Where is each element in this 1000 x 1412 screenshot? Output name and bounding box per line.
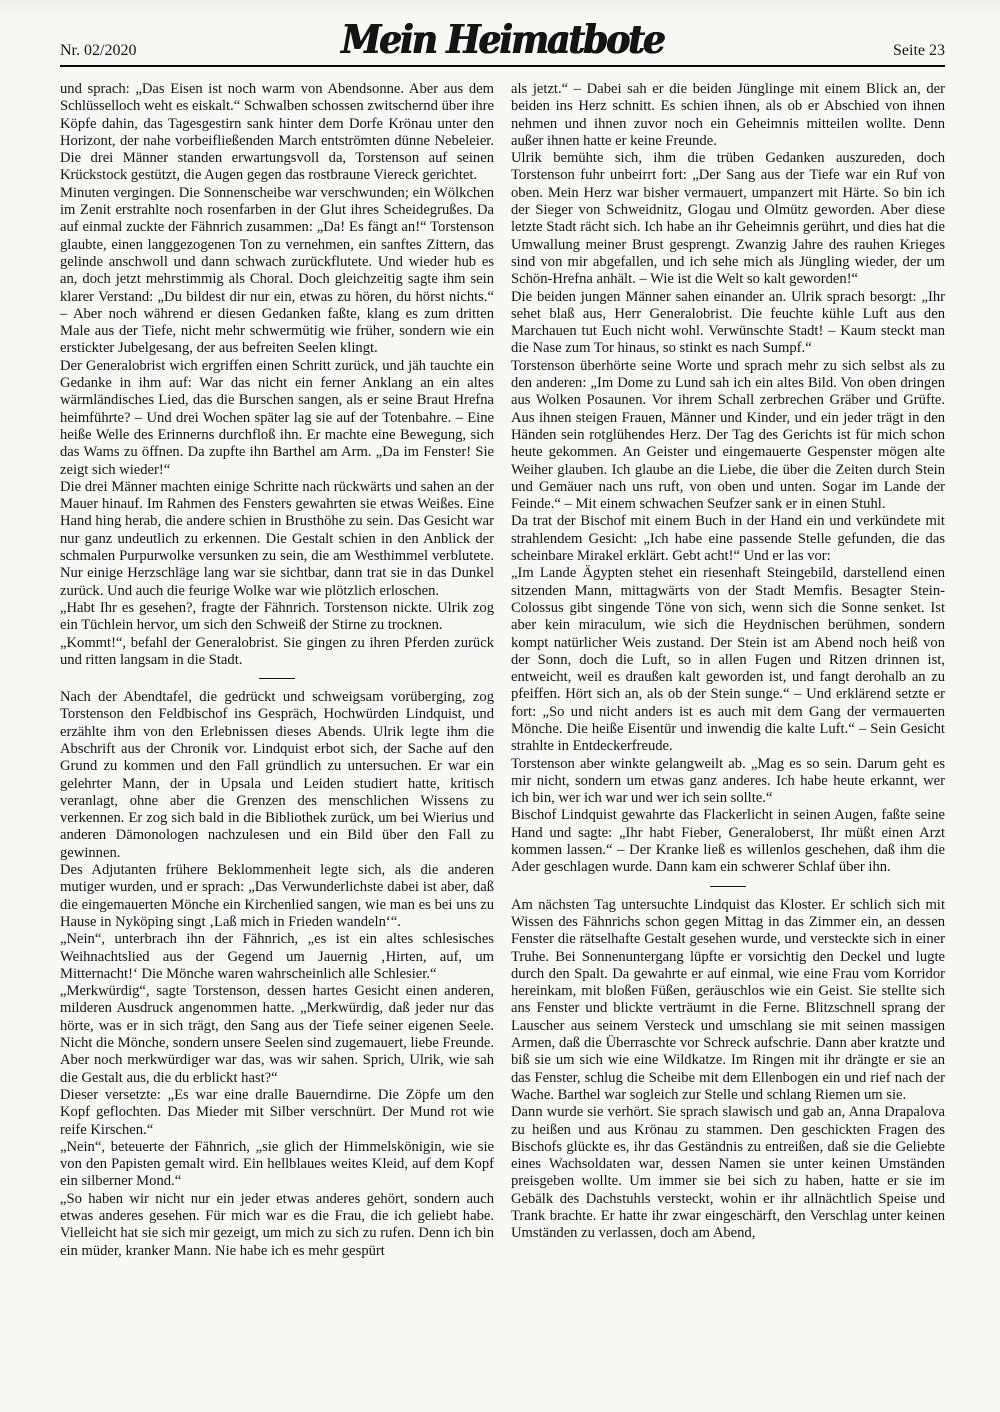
paragraph: Am nächsten Tag untersuchte Lindquist da… (511, 897, 945, 1105)
newspaper-page: Nr. 02/2020 Mein Heimatbote Seite 23 und… (0, 0, 1000, 1412)
paragraph: „So haben wir nicht nur ein jeder etwas … (60, 1191, 494, 1260)
paragraph: Torstenson aber winkte gelangweilt ab. „… (511, 756, 945, 808)
article-columns: und sprach: „Das Eisen ist noch warm von… (60, 81, 945, 1260)
paragraph: Dieser versetzte: „Es war eine dralle Ba… (60, 1087, 494, 1139)
paragraph: als jetzt.“ – Dabei sah er die beiden Jü… (511, 81, 945, 150)
paragraph: Minuten vergingen. Die Sonnenscheibe war… (60, 185, 494, 358)
paragraph: „Im Lande Ägypten stehet ein riesenhaft … (511, 565, 945, 755)
paragraph: Dann wurde sie verhört. Sie sprach slawi… (511, 1104, 945, 1242)
paragraph: Die beiden jungen Männer sahen einander … (511, 289, 945, 358)
paragraph: „Merkwürdig“, sagte Torstenson, dessen h… (60, 983, 494, 1087)
section-divider (259, 678, 295, 679)
column-right: als jetzt.“ – Dabei sah er die beiden Jü… (511, 81, 945, 1260)
paragraph: „Nein“, unterbrach ihn der Fähnrich, „es… (60, 931, 494, 983)
column-left: und sprach: „Das Eisen ist noch warm von… (60, 81, 494, 1260)
paragraph: Die drei Männer machten einige Schritte … (60, 479, 494, 600)
paragraph: Ulrik bemühte sich, ihm die trüben Gedan… (511, 150, 945, 288)
paragraph: „Kommt!“, befahl der Generalobrist. Sie … (60, 635, 494, 670)
page-header: Nr. 02/2020 Mein Heimatbote Seite 23 (60, 22, 945, 67)
paragraph: „Habt Ihr es gesehen?, fragte der Fähnri… (60, 600, 494, 635)
paragraph: Des Adjutanten frühere Beklommenheit leg… (60, 862, 494, 931)
page-number: Seite 23 (715, 42, 945, 60)
paragraph: Da trat der Bischof mit einem Buch in de… (511, 513, 945, 565)
paragraph: Torstenson überhörte seine Worte und spr… (511, 358, 945, 514)
paragraph: Bischof Lindquist gewahrte das Flackerli… (511, 807, 945, 876)
paragraph: und sprach: „Das Eisen ist noch warm von… (60, 81, 494, 185)
paragraph: „Nein“, beteuerte der Fähnrich, „sie gli… (60, 1139, 494, 1191)
paragraph: Nach der Abendtafel, die gedrückt und sc… (60, 689, 494, 862)
masthead-title: Mein Heimatbote (290, 20, 715, 61)
issue-number: Nr. 02/2020 (60, 42, 290, 60)
section-divider (710, 886, 746, 887)
paragraph: Der Generalobrist wich ergriffen einen S… (60, 358, 494, 479)
